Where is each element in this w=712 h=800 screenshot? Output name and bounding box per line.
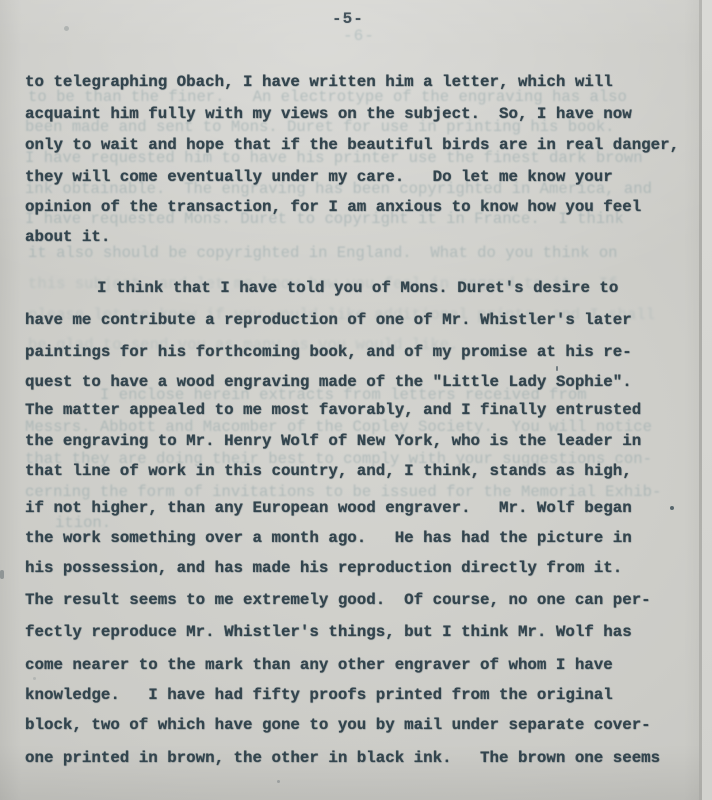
stray-ink-mark (556, 366, 558, 371)
typed-line: block, two of which have gone to you by … (25, 718, 651, 734)
paper-edge-margin (702, 0, 712, 800)
typed-line: paintings for his forthcoming book, and … (25, 345, 632, 361)
page-number: -5- (332, 11, 364, 27)
typed-line: opinion of the transaction, for I am anx… (25, 200, 641, 216)
paper-speck (64, 26, 69, 31)
typed-line: the work something over a month ago. He … (25, 531, 632, 547)
typed-line: his possession, and has made his reprodu… (25, 561, 622, 577)
stray-ink-dot (670, 506, 674, 510)
typed-line: I think that I have told you of Mons. Du… (97, 281, 618, 297)
typed-line: come nearer to the mark than any other e… (25, 658, 613, 674)
typed-line: have me contribute a reproduction of one… (25, 313, 632, 329)
typed-line: about it. (25, 230, 110, 246)
ghost-page-number: -6- (343, 28, 375, 44)
ghost-line: to be than the finer. An electrotype of … (28, 90, 627, 106)
paper-speck (33, 677, 36, 680)
typed-line: The matter appealed to me most favorably… (25, 403, 641, 419)
typed-line: only to wait and hope that if the beauti… (25, 138, 679, 154)
typed-line: the engraving to Mr. Henry Wolf of New Y… (25, 434, 641, 450)
typed-line: they will come eventually under my care.… (25, 170, 613, 186)
typed-line: fectly reproduce Mr. Whistler's things, … (25, 625, 632, 641)
typed-line: The result seems to me extremely good. O… (25, 593, 651, 609)
typed-line: to telegraphing Obach, I have written hi… (25, 75, 613, 91)
typed-line: that line of work in this country, and, … (25, 464, 632, 480)
typed-line: knowledge. I have had fifty proofs print… (25, 688, 613, 704)
edge-mark (0, 570, 4, 579)
typed-line: one printed in brown, the other in black… (25, 751, 660, 767)
typed-line: quest to have a wood engraving made of t… (25, 375, 632, 391)
scanned-letter-page: -5- -6- to be than the finer. An electro… (0, 0, 712, 800)
paper-speck (277, 780, 280, 783)
ghost-line: it also should be copyrighted in England… (28, 246, 618, 262)
typed-line: if not higher, than any European wood en… (25, 501, 632, 517)
typed-line: acquaint him fully with my views on the … (25, 107, 632, 123)
